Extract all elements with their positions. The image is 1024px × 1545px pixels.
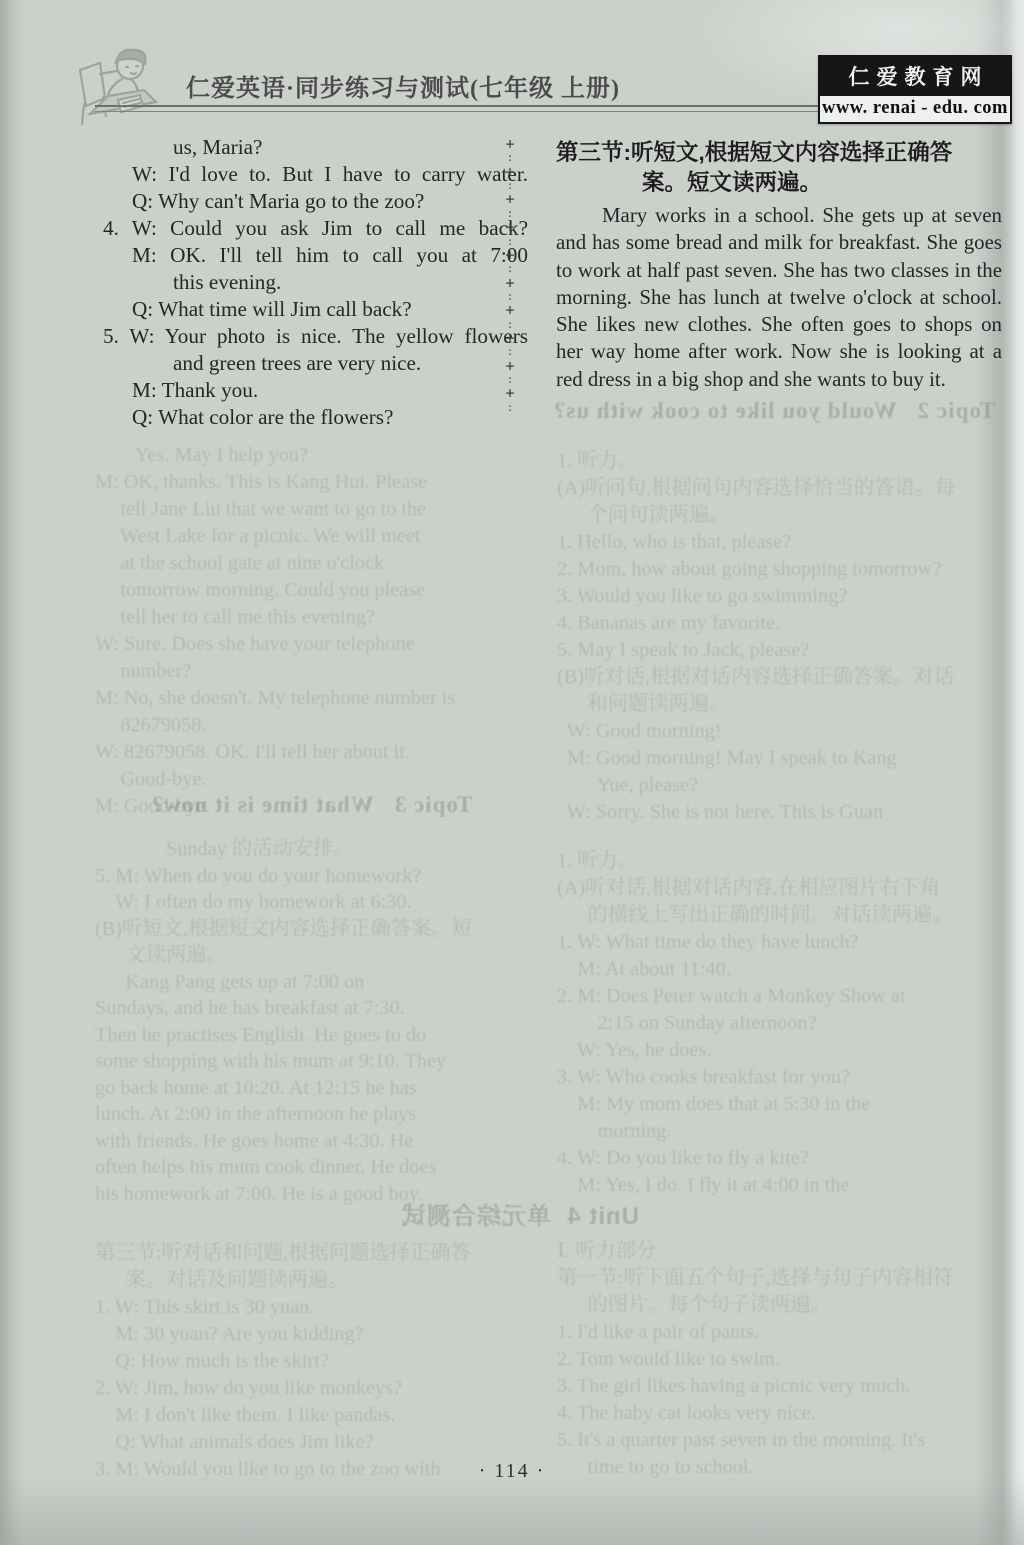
divider-dot-mark: :	[507, 237, 514, 246]
ghost-line: W: Good morning!	[557, 718, 955, 745]
ghost-line: 2. M: Does Peter watch a Monkey Show at	[557, 983, 953, 1010]
ghost-line: West Lake for a picnic. We will meet	[95, 523, 455, 550]
header-double-rule	[95, 105, 818, 112]
ghost-line: Sunday 的活动安排。	[95, 836, 472, 863]
ghost-line: 1. 听力。	[557, 448, 955, 475]
divider-cross-mark: +	[505, 221, 514, 233]
ghost-line: Ⅰ. 听力部分	[557, 1238, 953, 1265]
ghost-line: number?	[95, 658, 455, 685]
ghost-line: (A)听问句,根据问句内容选择恰当的答语。每	[557, 475, 955, 502]
ghost-line: 第一节:听下面五个句子,选择与句子内容相符	[557, 1265, 953, 1292]
ghost-line: M: Yes, I do. I fly it at 4:00 in the	[557, 1172, 953, 1199]
book-title: 仁爱英语·同步练习与测试(七年级 上册)	[186, 68, 746, 103]
ghost-line: 4. W: Do you like to fly a kite?	[557, 1145, 953, 1172]
dialogue-line: and green trees are very nice.	[95, 350, 528, 377]
ghost-line: W: Yes, he does.	[557, 1037, 953, 1064]
ghost-line: 1. Hello, who is that, please?	[557, 529, 955, 556]
ghost-line: tell her to call me this evening?	[95, 604, 455, 631]
divider-dot-mark: :	[507, 153, 514, 162]
ghost-line: Q: What animals does Jim like?	[95, 1429, 471, 1456]
site-name: 仁爱教育网	[820, 57, 1010, 96]
divider-dot-mark: :	[507, 181, 514, 190]
left-column-dialogue: us, Maria?W: I'd love to. But I have to …	[95, 134, 528, 431]
ghost-block-right-mid: 1. 听力。(A)听对话,根据对话内容,在相应图片右下角 的横线上写出正确的时间…	[557, 848, 953, 1199]
ghost-line: (B)听短文,根据短文内容选择正确答案。短	[95, 916, 472, 943]
ghost-line: tomorrow morning. Could you please	[95, 577, 455, 604]
ghost-line: 的横线上写出正确的时间。对话读两遍。	[557, 902, 953, 929]
ghost-line: 1. I'd like a pair of pants.	[557, 1319, 953, 1346]
dialogue-line: Q: What color are the flowers?	[95, 404, 528, 431]
ghost-line: W: I often do my homework at 6:30.	[95, 889, 472, 916]
dialogue-line: Q: What time will Jim call back?	[95, 296, 528, 323]
ghost-line: M: At about 11:40.	[557, 956, 953, 983]
ghost-line: 和问题读两遍。	[557, 691, 955, 718]
dialogue-line: us, Maria?	[95, 134, 528, 161]
ghost-line: 1. 听力。	[557, 848, 953, 875]
ghost-block-bottom-right: Ⅰ. 听力部分第一节:听下面五个句子,选择与句子内容相符 的图片。每个句子读两遍…	[557, 1238, 953, 1481]
ghost-line: Good-bye.	[95, 766, 455, 793]
ghost-line: Yes. May I help you?	[95, 442, 455, 469]
dialogue-line: W: I'd love to. But I have to carry wate…	[95, 161, 528, 188]
ghost-line: 5. It's a quarter past seven in the morn…	[557, 1427, 953, 1454]
page-number: · 114 ·	[0, 1460, 1024, 1483]
ghost-line: (A)听对话,根据对话内容,在相应图片右下角	[557, 875, 953, 902]
divider-cross-mark: +	[505, 277, 514, 289]
ghost-line: lunch. At 2:00 in the afternoon he plays	[95, 1101, 472, 1128]
dialogue-line: Q: Why can't Maria go to the zoo?	[95, 188, 528, 215]
dialogue-line: 4. W: Could you ask Jim to call me back?	[95, 215, 528, 242]
ghost-line: 82679058.	[95, 712, 455, 739]
divider-cross-mark: +	[505, 387, 514, 399]
ghost-line: 5. M: When do you do your homework?	[95, 863, 472, 890]
ghost-line: Q: How much is the skirt?	[95, 1348, 471, 1375]
ghost-line: 2. Mom, how about going shopping tomorro…	[557, 556, 955, 583]
ghost-block-left-mid: Sunday 的活动安排。5. M: When do you do your h…	[95, 836, 472, 1207]
ghost-block-right-top: 1. 听力。(A)听问句,根据问句内容选择恰当的答语。每 个问句读两遍。1. H…	[557, 448, 955, 826]
ghost-line: M: I don't like them. I like pandas.	[95, 1402, 471, 1429]
child-reading-mascot-icon	[60, 40, 178, 134]
dialogue-line: M: OK. I'll tell him to call you at 7:00	[95, 242, 528, 269]
ghost-line: 1. W: What time do they have lunch?	[557, 929, 953, 956]
ghost-line: W: Sure. Does she have your telephone	[95, 631, 455, 658]
ghost-line: 4. The baby cat looks very nice.	[557, 1400, 953, 1427]
divider-dot-mark: :	[507, 403, 514, 412]
ghost-line: M: OK, thanks. This is Kang Hui. Please	[95, 469, 455, 496]
ghost-line: go back home at 10:20. At 12:15 he has	[95, 1075, 472, 1102]
ghost-line: 的图片。每个句子读两遍。	[557, 1292, 953, 1319]
ghost-line: Kang Pang gets up at 7:00 on	[95, 969, 472, 996]
ghost-line: Sundays, and he has breakfast at 7:30.	[95, 995, 472, 1022]
divider-dot-mark: :	[507, 209, 514, 218]
section-heading: 第三节:听短文,根据短文内容选择正确答案。短文读两遍。	[556, 138, 1002, 198]
divider-dot-mark: :	[507, 320, 514, 329]
ghost-line: 4. Bananas are my favorite.	[557, 610, 955, 637]
divider-dot-mark: :	[507, 375, 514, 384]
dialogue-line: M: Thank you.	[95, 377, 528, 404]
ghost-line: 第三节:听对话和问题,根据问题选择正确答	[95, 1240, 471, 1267]
divider-cross-mark: +	[505, 332, 514, 344]
ghost-line: 3. W: Who cooks breakfast for you?	[557, 1064, 953, 1091]
section-heading-line: 第三节:听短文,根据短文内容选择正确答	[556, 138, 1002, 168]
ghost-line: often helps his mum cook dinner. He does	[95, 1154, 472, 1181]
ghost-line: at the school gate at nine o'clock	[95, 550, 455, 577]
ghost-line: M: Good morning! May I speak to Kang	[557, 745, 955, 772]
ghost-line: 3. Would you like to go swimming?	[557, 583, 955, 610]
divider-dot-mark: :	[507, 292, 514, 301]
divider-cross-mark: +	[505, 249, 514, 261]
ghost-unit4-header: Unit 4 单元综合测试	[300, 1196, 740, 1231]
ghost-line: 2. Tom would like to swim.	[557, 1346, 953, 1373]
ghost-line: some shopping with his mum at 9:10. They	[95, 1048, 472, 1075]
ghost-line: 个问句读两遍。	[557, 502, 955, 529]
right-column-section: 第三节:听短文,根据短文内容选择正确答案。短文读两遍。 Mary works i…	[556, 138, 1002, 393]
ghost-line: Yue, please?	[557, 772, 955, 799]
divider-cross-mark: +	[505, 193, 514, 205]
dialogue-line: this evening.	[95, 269, 528, 296]
scanned-workbook-page: 仁爱英语·同步练习与测试(七年级 上册) 仁爱教育网 www. renai - …	[0, 0, 1024, 1545]
ghost-line: 3. The girl likes having a picnic very m…	[557, 1373, 953, 1400]
divider-dot-mark: :	[507, 264, 514, 273]
ghost-line: 案。对话及问题读两遍。	[95, 1267, 471, 1294]
listening-passage: Mary works in a school. She gets up at s…	[556, 202, 1002, 393]
ghost-line: W: 82679058. OK. I'll tell her about it.	[95, 739, 455, 766]
divider-cross-mark: +	[505, 138, 514, 150]
ghost-line: 1. W: This skirt is 30 yuan.	[95, 1294, 471, 1321]
ghost-line: morning.	[557, 1118, 953, 1145]
ghost-line: with friends. He goes home at 4:30. He	[95, 1128, 472, 1155]
ghost-line: Then he practises English. He goes to do	[95, 1022, 472, 1049]
ghost-topic2-header: Topic 2 Would you like to cook with us?	[545, 398, 1003, 424]
divider-cross-mark: +	[505, 166, 514, 178]
ghost-line: M: 30 yuan? Are you kidding?	[95, 1321, 471, 1348]
section-heading-line: 案。短文读两遍。	[556, 168, 1002, 198]
ghost-line: 5. May I speak to Jack, please?	[557, 637, 955, 664]
divider-cross-mark: +	[505, 304, 514, 316]
ghost-line: M: No, she doesn't. My telephone number …	[95, 685, 455, 712]
ghost-line: 文读两遍。	[95, 942, 472, 969]
dialogue-line: 5. W: Your photo is nice. The yellow flo…	[95, 323, 528, 350]
publisher-website-box: 仁爱教育网 www. renai - edu. com	[818, 55, 1012, 124]
divider-dot-mark: :	[507, 347, 514, 356]
ghost-line: 2. W: Jim, how do you like monkeys?	[95, 1375, 471, 1402]
ghost-topic3-header: Topic 3 What time is it now?	[95, 792, 528, 818]
ghost-block-bottom-left: 第三节:听对话和问题,根据问题选择正确答 案。对话及问题读两遍。1. W: Th…	[95, 1240, 471, 1483]
column-divider: +:+:+:+:+:+:+:+:+:+:	[503, 138, 517, 412]
site-url: www. renai - edu. com	[820, 96, 1010, 122]
ghost-line: W: Sorry. She is not here. This is Guan	[557, 799, 955, 826]
ghost-line: 2:15 on Sunday afternoon?	[557, 1010, 953, 1037]
ghost-line: (B)听对话,根据对话内容选择正确答案。对话	[557, 664, 955, 691]
divider-cross-mark: +	[505, 360, 514, 372]
ghost-block-left-top: Yes. May I help you?M: OK, thanks. This …	[95, 442, 455, 820]
ghost-line: tell Jane Liu that we want to go to the	[95, 496, 455, 523]
ghost-line: M: My mom does that at 5:30 in the	[557, 1091, 953, 1118]
